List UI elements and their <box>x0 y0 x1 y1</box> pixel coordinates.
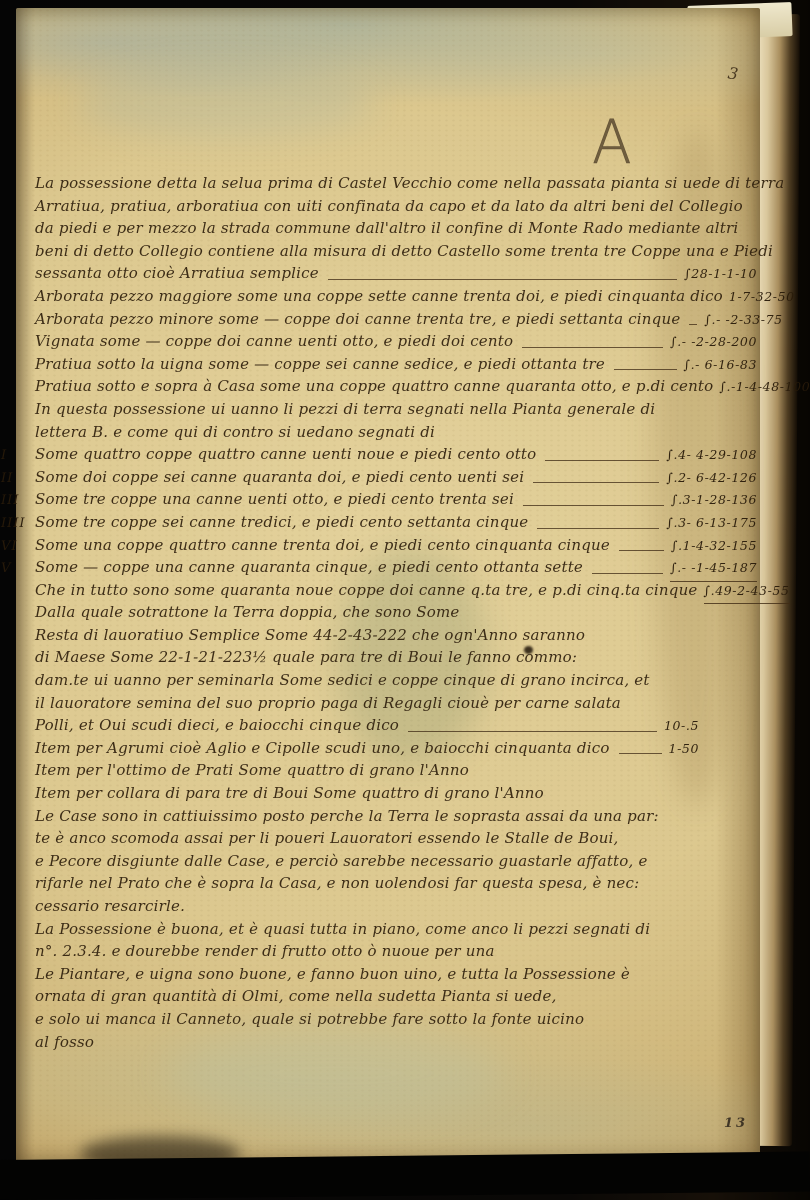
manuscript-line: Le Piantare, e uigna sono buone, e fanno… <box>35 963 757 986</box>
line-text: Some doi coppe sei canne quaranta doi, e… <box>35 466 524 489</box>
line-text: Dalla quale sotrattone la Terra doppia, … <box>35 601 459 624</box>
manuscript-line: La possessione detta la selua prima di C… <box>35 172 757 195</box>
manuscript-line: Pratiua sotto e sopra à Casa some una co… <box>35 375 757 398</box>
manuscript-line: Pratiua sotto la uigna some — coppe sei … <box>35 353 757 376</box>
line-text: Item per collara di para tre di Boui Som… <box>35 782 544 805</box>
line-text: Some tre coppe sei canne tredici, e pied… <box>35 511 528 534</box>
roman-numeral: IIII <box>1 513 26 536</box>
line-text: e Pecore disgiunte dalle Case, e perciò … <box>35 850 648 873</box>
leader-line <box>614 369 676 370</box>
leader-line <box>619 550 664 551</box>
manuscript-line: Item per l'ottimo de Prati Some quattro … <box>35 759 757 782</box>
manuscript-line: La Possessione è buona, et è quasi tutta… <box>35 918 757 941</box>
manuscript-line: Che in tutto sono some quaranta noue cop… <box>35 579 757 602</box>
line-text: Some — coppe una canne quaranta cinque, … <box>35 556 583 579</box>
line-amount: ∫.- -2-28-200 <box>670 331 757 354</box>
leader-line <box>537 528 659 529</box>
manuscript-line: di Maese Some 22-1-21-223½ quale para tr… <box>35 646 757 669</box>
line-text: te è anco scomoda assai per li poueri La… <box>35 827 619 850</box>
line-amount: ∫.4- 4-29-108 <box>666 444 757 467</box>
manuscript-line: lettera B. e come qui di contro si uedan… <box>35 421 757 444</box>
manuscript-line: Arborata pezzo minore some — coppe doi c… <box>35 308 757 331</box>
manuscript-line: da piedi e per mezzo la strada commune d… <box>35 217 757 240</box>
manuscript-line: beni di detto Collegio contiene alla mis… <box>35 240 757 263</box>
manuscript-line: al fosso <box>35 1031 757 1054</box>
manuscript-line: il lauoratore semina del suo proprio pag… <box>35 692 757 715</box>
leader-line <box>592 573 663 574</box>
line-text: Pratiua sotto e sopra à Casa some una co… <box>35 375 713 398</box>
line-amount: ∫.2- 6-42-126 <box>666 467 757 490</box>
leader-line <box>689 324 697 325</box>
line-text: al fosso <box>35 1031 94 1054</box>
manuscript-line: Item per Agrumi cioè Aglio e Cipolle scu… <box>35 737 757 760</box>
manuscript-line: VISome una coppe quattro canne trenta do… <box>35 534 757 557</box>
line-text: beni di detto Collegio contiene alla mis… <box>35 240 773 263</box>
line-text: Vignata some — coppe doi canne uenti ott… <box>35 330 513 353</box>
manuscript-line: e Pecore disgiunte dalle Case, e perciò … <box>35 850 757 873</box>
manuscript-line: ISome quattro coppe quattro canne uenti … <box>35 443 757 466</box>
line-text: sessanta otto cioè Arratiua semplice <box>35 262 319 285</box>
line-amount: ∫28-1-1-10 <box>684 263 757 286</box>
line-text: La possessione detta la selua prima di C… <box>35 172 784 195</box>
manuscript-line: Arborata pezzo maggiore some una coppe s… <box>35 285 757 308</box>
line-text: lettera B. e come qui di contro si uedan… <box>35 421 435 444</box>
manuscript-text: La possessione detta la selua prima di C… <box>35 172 757 1053</box>
line-text: da piedi e per mezzo la strada commune d… <box>35 217 738 240</box>
manuscript-line: IISome doi coppe sei canne quaranta doi,… <box>35 466 757 489</box>
manuscript-line: IIIISome tre coppe sei canne tredici, e … <box>35 511 757 534</box>
line-text: rifarle nel Prato che è sopra la Casa, e… <box>35 872 639 895</box>
roman-numeral: VI <box>1 536 18 559</box>
line-text: Arborata pezzo maggiore some una coppe s… <box>35 285 723 308</box>
roman-numeral: II <box>1 468 13 491</box>
line-amount: ∫.-1-4-48-100 <box>719 376 810 399</box>
line-text: La Possessione è buona, et è quasi tutta… <box>35 918 650 941</box>
manuscript-line: n°. 2.3.4. e dourebbe render di frutto o… <box>35 940 757 963</box>
line-text: Item per Agrumi cioè Aglio e Cipolle scu… <box>35 737 610 760</box>
manuscript-line: VSome — coppe una canne quaranta cinque,… <box>35 556 757 579</box>
initial-letter: A <box>592 106 632 177</box>
leader-line <box>545 460 659 461</box>
line-text: n°. 2.3.4. e dourebbe render di frutto o… <box>35 940 495 963</box>
line-text: Some una coppe quattro canne trenta doi,… <box>35 534 610 557</box>
line-text: Polli, et Oui scudi dieci, e baiocchi ci… <box>35 714 399 737</box>
manuscript-line: te è anco scomoda assai per li poueri La… <box>35 827 757 850</box>
manuscript-line: Arratiua, pratiua, arboratiua con uiti c… <box>35 195 757 218</box>
roman-numeral: I <box>1 445 7 468</box>
manuscript-line: dam.te ui uanno per seminarla Some sedic… <box>35 669 757 692</box>
line-text: Arratiua, pratiua, arboratiua con uiti c… <box>35 195 743 218</box>
line-text: Some tre coppe una canne uenti otto, e p… <box>35 488 514 511</box>
line-text: ornata di gran quantità di Olmi, come ne… <box>35 985 557 1008</box>
manuscript-line: Dalla quale sotrattone la Terra doppia, … <box>35 601 757 624</box>
manuscript-line: IIISome tre coppe una canne uenti otto, … <box>35 488 757 511</box>
line-text: di Maese Some 22-1-21-223½ quale para tr… <box>35 646 577 669</box>
page-number-bottom: 13 <box>724 1116 748 1131</box>
line-text: e solo ui manca il Canneto, quale si pot… <box>35 1008 584 1031</box>
line-amount: ∫.- 6-16-83 <box>684 354 758 377</box>
leader-line <box>408 731 657 732</box>
manuscript-line: In questa possessione ui uanno li pezzi … <box>35 398 757 421</box>
roman-numeral: V <box>1 558 11 581</box>
line-amount: ∫.1-4-32-155 <box>671 535 757 558</box>
manuscript-line: rifarle nel Prato che è sopra la Casa, e… <box>35 872 757 895</box>
leader-line <box>533 482 659 483</box>
line-text: Che in tutto sono some quaranta noue cop… <box>35 579 698 602</box>
line-amount: 1-7-32-50 <box>729 286 795 309</box>
line-text: il lauoratore semina del suo proprio pag… <box>35 692 621 715</box>
photo-background-band <box>0 1152 810 1200</box>
line-text: Arborata pezzo minore some — coppe doi c… <box>35 308 680 331</box>
manuscript-line: ornata di gran quantità di Olmi, come ne… <box>35 985 757 1008</box>
line-text: Le Piantare, e uigna sono buone, e fanno… <box>35 963 630 986</box>
manuscript-line: Resta di lauoratiuo Semplice Some 44-2-4… <box>35 624 757 647</box>
line-text: Le Case sono in cattiuissimo posto perch… <box>35 805 659 828</box>
manuscript-line: cessario resarcirle. <box>35 895 757 918</box>
line-text: Resta di lauoratiuo Semplice Some 44-2-4… <box>35 624 585 647</box>
parchment-page: 3 A La possessione detta la selua prima … <box>16 8 760 1162</box>
manuscript-line: Le Case sono in cattiuissimo posto perch… <box>35 805 757 828</box>
roman-numeral: III <box>1 490 19 513</box>
line-text: dam.te ui uanno per seminarla Some sedic… <box>35 669 650 692</box>
line-text: Some quattro coppe quattro canne uenti n… <box>35 443 536 466</box>
line-text: In questa possessione ui uanno li pezzi … <box>35 398 655 421</box>
line-text: Pratiua sotto la uigna some — coppe sei … <box>35 353 605 376</box>
leader-line <box>522 347 663 348</box>
manuscript-line: Item per collara di para tre di Boui Som… <box>35 782 757 805</box>
leader-line <box>328 279 677 280</box>
line-amount: ∫.3- 6-13-175 <box>666 512 757 535</box>
line-amount: ∫.3-1-28-136 <box>671 489 757 512</box>
leader-line <box>619 753 662 754</box>
manuscript-line: e solo ui manca il Canneto, quale si pot… <box>35 1008 757 1031</box>
manuscript-line: sessanta otto cioè Arratiua semplice∫28-… <box>35 262 757 285</box>
line-amount: ∫.- -2-33-75 <box>704 309 782 332</box>
line-text: cessario resarcirle. <box>35 895 185 918</box>
manuscript-line: Vignata some — coppe doi canne uenti ott… <box>35 330 757 353</box>
line-amount: 10-.5 <box>664 715 757 738</box>
line-text: Item per l'ottimo de Prati Some quattro … <box>35 759 469 782</box>
line-amount: 1-50 <box>669 738 757 761</box>
manuscript-photo: 3 A La possessione detta la selua prima … <box>0 0 810 1200</box>
leader-line <box>523 505 664 506</box>
manuscript-line: Polli, et Oui scudi dieci, e baiocchi ci… <box>35 714 757 737</box>
